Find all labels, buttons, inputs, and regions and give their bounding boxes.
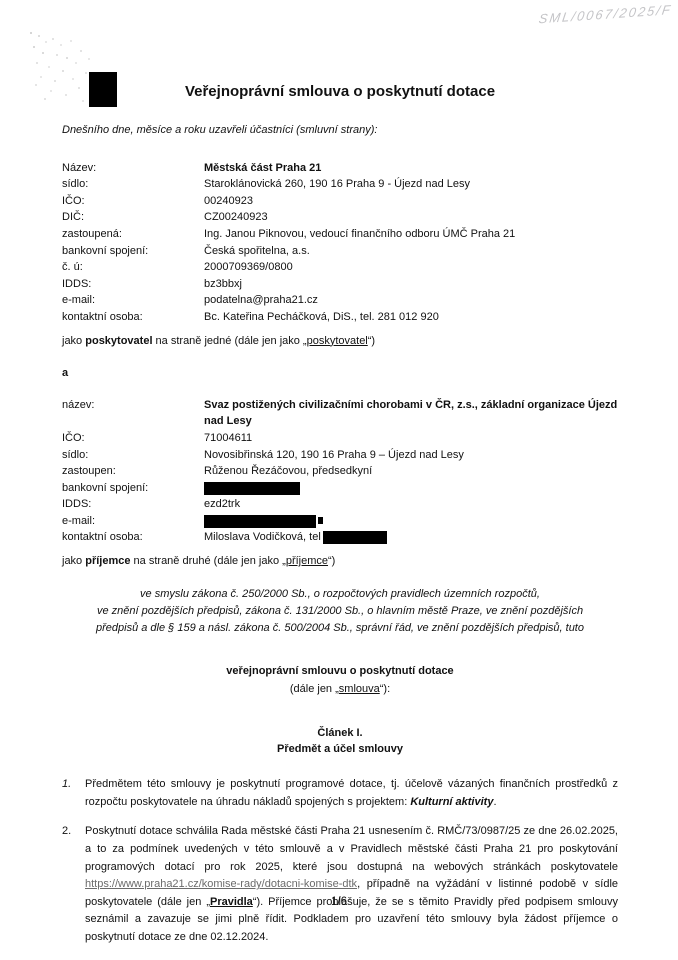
field-value xyxy=(204,480,618,497)
document-body: Veřejnoprávní smlouva o poskytnutí dotac… xyxy=(62,83,618,959)
detail-row: e-mail:podatelna@praha21.cz xyxy=(62,292,618,309)
field-value xyxy=(204,513,618,530)
text-fragment: na straně druhé (dále jen jako „ xyxy=(131,555,286,567)
handwritten-reference: SML/0067/2025/F xyxy=(501,2,673,31)
field-value: bz3bbxj xyxy=(204,276,618,293)
field-label: sídlo: xyxy=(62,447,204,464)
text-fragment: Miloslava Vodičková, tel xyxy=(204,531,321,543)
detail-row: kontaktní osoba:Bc. Kateřina Pecháčková,… xyxy=(62,309,618,326)
field-value: Staroklánovická 260, 190 16 Praha 9 - Új… xyxy=(204,176,618,193)
field-label: Název: xyxy=(62,160,204,177)
contract-heading-title: veřejnoprávní smlouvu o poskytnutí dotac… xyxy=(62,664,618,680)
contract-heading-sub: (dále jen „smlouva“): xyxy=(62,682,618,698)
redaction-box xyxy=(204,482,300,495)
scanned-contract-page: SML/0067/2025/F Veřejnoprávní smlouva o … xyxy=(0,0,678,960)
legal-basis: ve smyslu zákona č. 250/2000 Sb., o rozp… xyxy=(62,586,618,638)
article-title: Předmět a účel smlouvy xyxy=(62,742,618,758)
field-label: kontaktní osoba: xyxy=(62,529,204,546)
article-heading: Článek I. Předmět a účel smlouvy xyxy=(62,726,618,757)
recipient-closing-line: jako příjemce na straně druhé (dále jen … xyxy=(62,553,618,570)
party-role: příjemce xyxy=(85,555,130,567)
detail-row: IDDS:bz3bbxj xyxy=(62,276,618,293)
field-value: Česká spořitelna, a.s. xyxy=(204,243,618,260)
field-label: č. ú: xyxy=(62,259,204,276)
redaction-box xyxy=(323,531,387,544)
field-value: podatelna@praha21.cz xyxy=(204,292,618,309)
field-value: CZ00240923 xyxy=(204,209,618,226)
field-value: Miloslava Vodičková, tel xyxy=(204,529,618,546)
field-label: IČO: xyxy=(62,430,204,447)
field-label: bankovní spojení: xyxy=(62,243,204,260)
detail-row: kontaktní osoba:Miloslava Vodičková, tel xyxy=(62,529,618,546)
detail-row: Název:Městská část Praha 21 xyxy=(62,160,618,177)
detail-row: sídlo:Staroklánovická 260, 190 16 Praha … xyxy=(62,176,618,193)
field-value: Svaz postižených civilizačními chorobami… xyxy=(204,397,618,430)
field-value: Růženou Řezáčovou, předsedkyní xyxy=(204,463,618,480)
detail-row: název:Svaz postižených civilizačními cho… xyxy=(62,397,618,430)
project-name: Kulturní aktivity xyxy=(410,796,493,808)
detail-row: bankovní spojení: xyxy=(62,480,618,497)
field-value: Městská část Praha 21 xyxy=(204,160,618,177)
conjunction: a xyxy=(62,365,618,382)
detail-row: zastoupená:Ing. Janou Piknovou, vedoucí … xyxy=(62,226,618,243)
article-number: Článek I. xyxy=(62,726,618,742)
text-fragment: na straně jedné (dále jen jako „ xyxy=(153,335,307,347)
field-value: Bc. Kateřina Pecháčková, DiS., tel. 281 … xyxy=(204,309,618,326)
item-number: 1. xyxy=(62,776,85,811)
defined-term: příjemce xyxy=(286,555,328,567)
defined-term: poskytovatel xyxy=(307,335,368,347)
field-label: zastoupen: xyxy=(62,463,204,480)
field-value: 00240923 xyxy=(204,193,618,210)
intro-line: Dnešního dne, měsíce a roku uzavřeli úča… xyxy=(62,122,618,139)
detail-row: IČO:71004611 xyxy=(62,430,618,447)
detail-row: č. ú:2000709369/0800 xyxy=(62,259,618,276)
detail-row: IDDS:ezd2trk xyxy=(62,496,618,513)
text-fragment: “) xyxy=(328,555,335,567)
field-label: IDDS: xyxy=(62,276,204,293)
detail-row: DIČ:CZ00240923 xyxy=(62,209,618,226)
party-role: poskytovatel xyxy=(85,335,152,347)
article-items: 1. Předmětem této smlouvy je poskytnutí … xyxy=(62,776,618,946)
field-value: 2000709369/0800 xyxy=(204,259,618,276)
list-item: 1. Předmětem této smlouvy je poskytnutí … xyxy=(62,776,618,811)
text-fragment: . xyxy=(493,796,496,808)
field-label: název: xyxy=(62,397,204,414)
detail-row: e-mail: xyxy=(62,513,618,530)
field-label: sídlo: xyxy=(62,176,204,193)
field-label: bankovní spojení: xyxy=(62,480,204,497)
field-label: DIČ: xyxy=(62,209,204,226)
field-label: zastoupená: xyxy=(62,226,204,243)
field-label: IČO: xyxy=(62,193,204,210)
recipient-details: název:Svaz postižených civilizačními cho… xyxy=(62,397,618,546)
field-label: IDDS: xyxy=(62,496,204,513)
redaction-box xyxy=(318,517,323,524)
text-fragment: Předmětem této smlouvy je poskytnutí pro… xyxy=(85,778,618,808)
field-value: Ing. Janou Piknovou, vedoucí finančního … xyxy=(204,226,618,243)
text-fragment: (dále jen „ xyxy=(290,683,339,695)
field-label: e-mail: xyxy=(62,513,204,530)
defined-term: smlouva xyxy=(339,683,380,695)
field-value: Novosibřinská 120, 190 16 Praha 9 – Újez… xyxy=(204,447,618,464)
field-value: 71004611 xyxy=(204,430,618,447)
page-number: 1/6 xyxy=(0,894,678,911)
text-fragment: “) xyxy=(368,335,375,347)
legal-basis-line: předpisů a dle § 159 a násl. zákona č. 5… xyxy=(62,620,618,637)
text-fragment: “): xyxy=(380,683,390,695)
detail-row: bankovní spojení:Česká spořitelna, a.s. xyxy=(62,243,618,260)
text-fragment: jako xyxy=(62,335,85,347)
detail-row: IČO:00240923 xyxy=(62,193,618,210)
rules-url-link[interactable]: https://www.praha21.cz/komise-rady/dotac… xyxy=(85,878,357,890)
legal-basis-line: ve znění pozdějších předpisů, zákona č. … xyxy=(62,603,618,620)
list-item: 2. Poskytnutí dotace schválila Rada měst… xyxy=(62,823,618,946)
field-label: e-mail: xyxy=(62,292,204,309)
field-label: kontaktní osoba: xyxy=(62,309,204,326)
legal-basis-line: ve smyslu zákona č. 250/2000 Sb., o rozp… xyxy=(62,586,618,603)
contract-heading: veřejnoprávní smlouvu o poskytnutí dotac… xyxy=(62,664,618,697)
provider-closing-line: jako poskytovatel na straně jedné (dále … xyxy=(62,333,618,350)
item-text: Předmětem této smlouvy je poskytnutí pro… xyxy=(85,776,618,811)
provider-details: Název:Městská část Praha 21 sídlo:Starok… xyxy=(62,160,618,326)
field-value: ezd2trk xyxy=(204,496,618,513)
page-title: Veřejnoprávní smlouva o poskytnutí dotac… xyxy=(62,83,618,101)
redaction-box xyxy=(204,515,316,528)
detail-row: sídlo:Novosibřinská 120, 190 16 Praha 9 … xyxy=(62,447,618,464)
item-number: 2. xyxy=(62,823,85,946)
item-text: Poskytnutí dotace schválila Rada městské… xyxy=(85,823,618,946)
text-fragment: Poskytnutí dotace schválila Rada městské… xyxy=(85,825,618,872)
detail-row: zastoupen:Růženou Řezáčovou, předsedkyní xyxy=(62,463,618,480)
text-fragment: jako xyxy=(62,555,85,567)
